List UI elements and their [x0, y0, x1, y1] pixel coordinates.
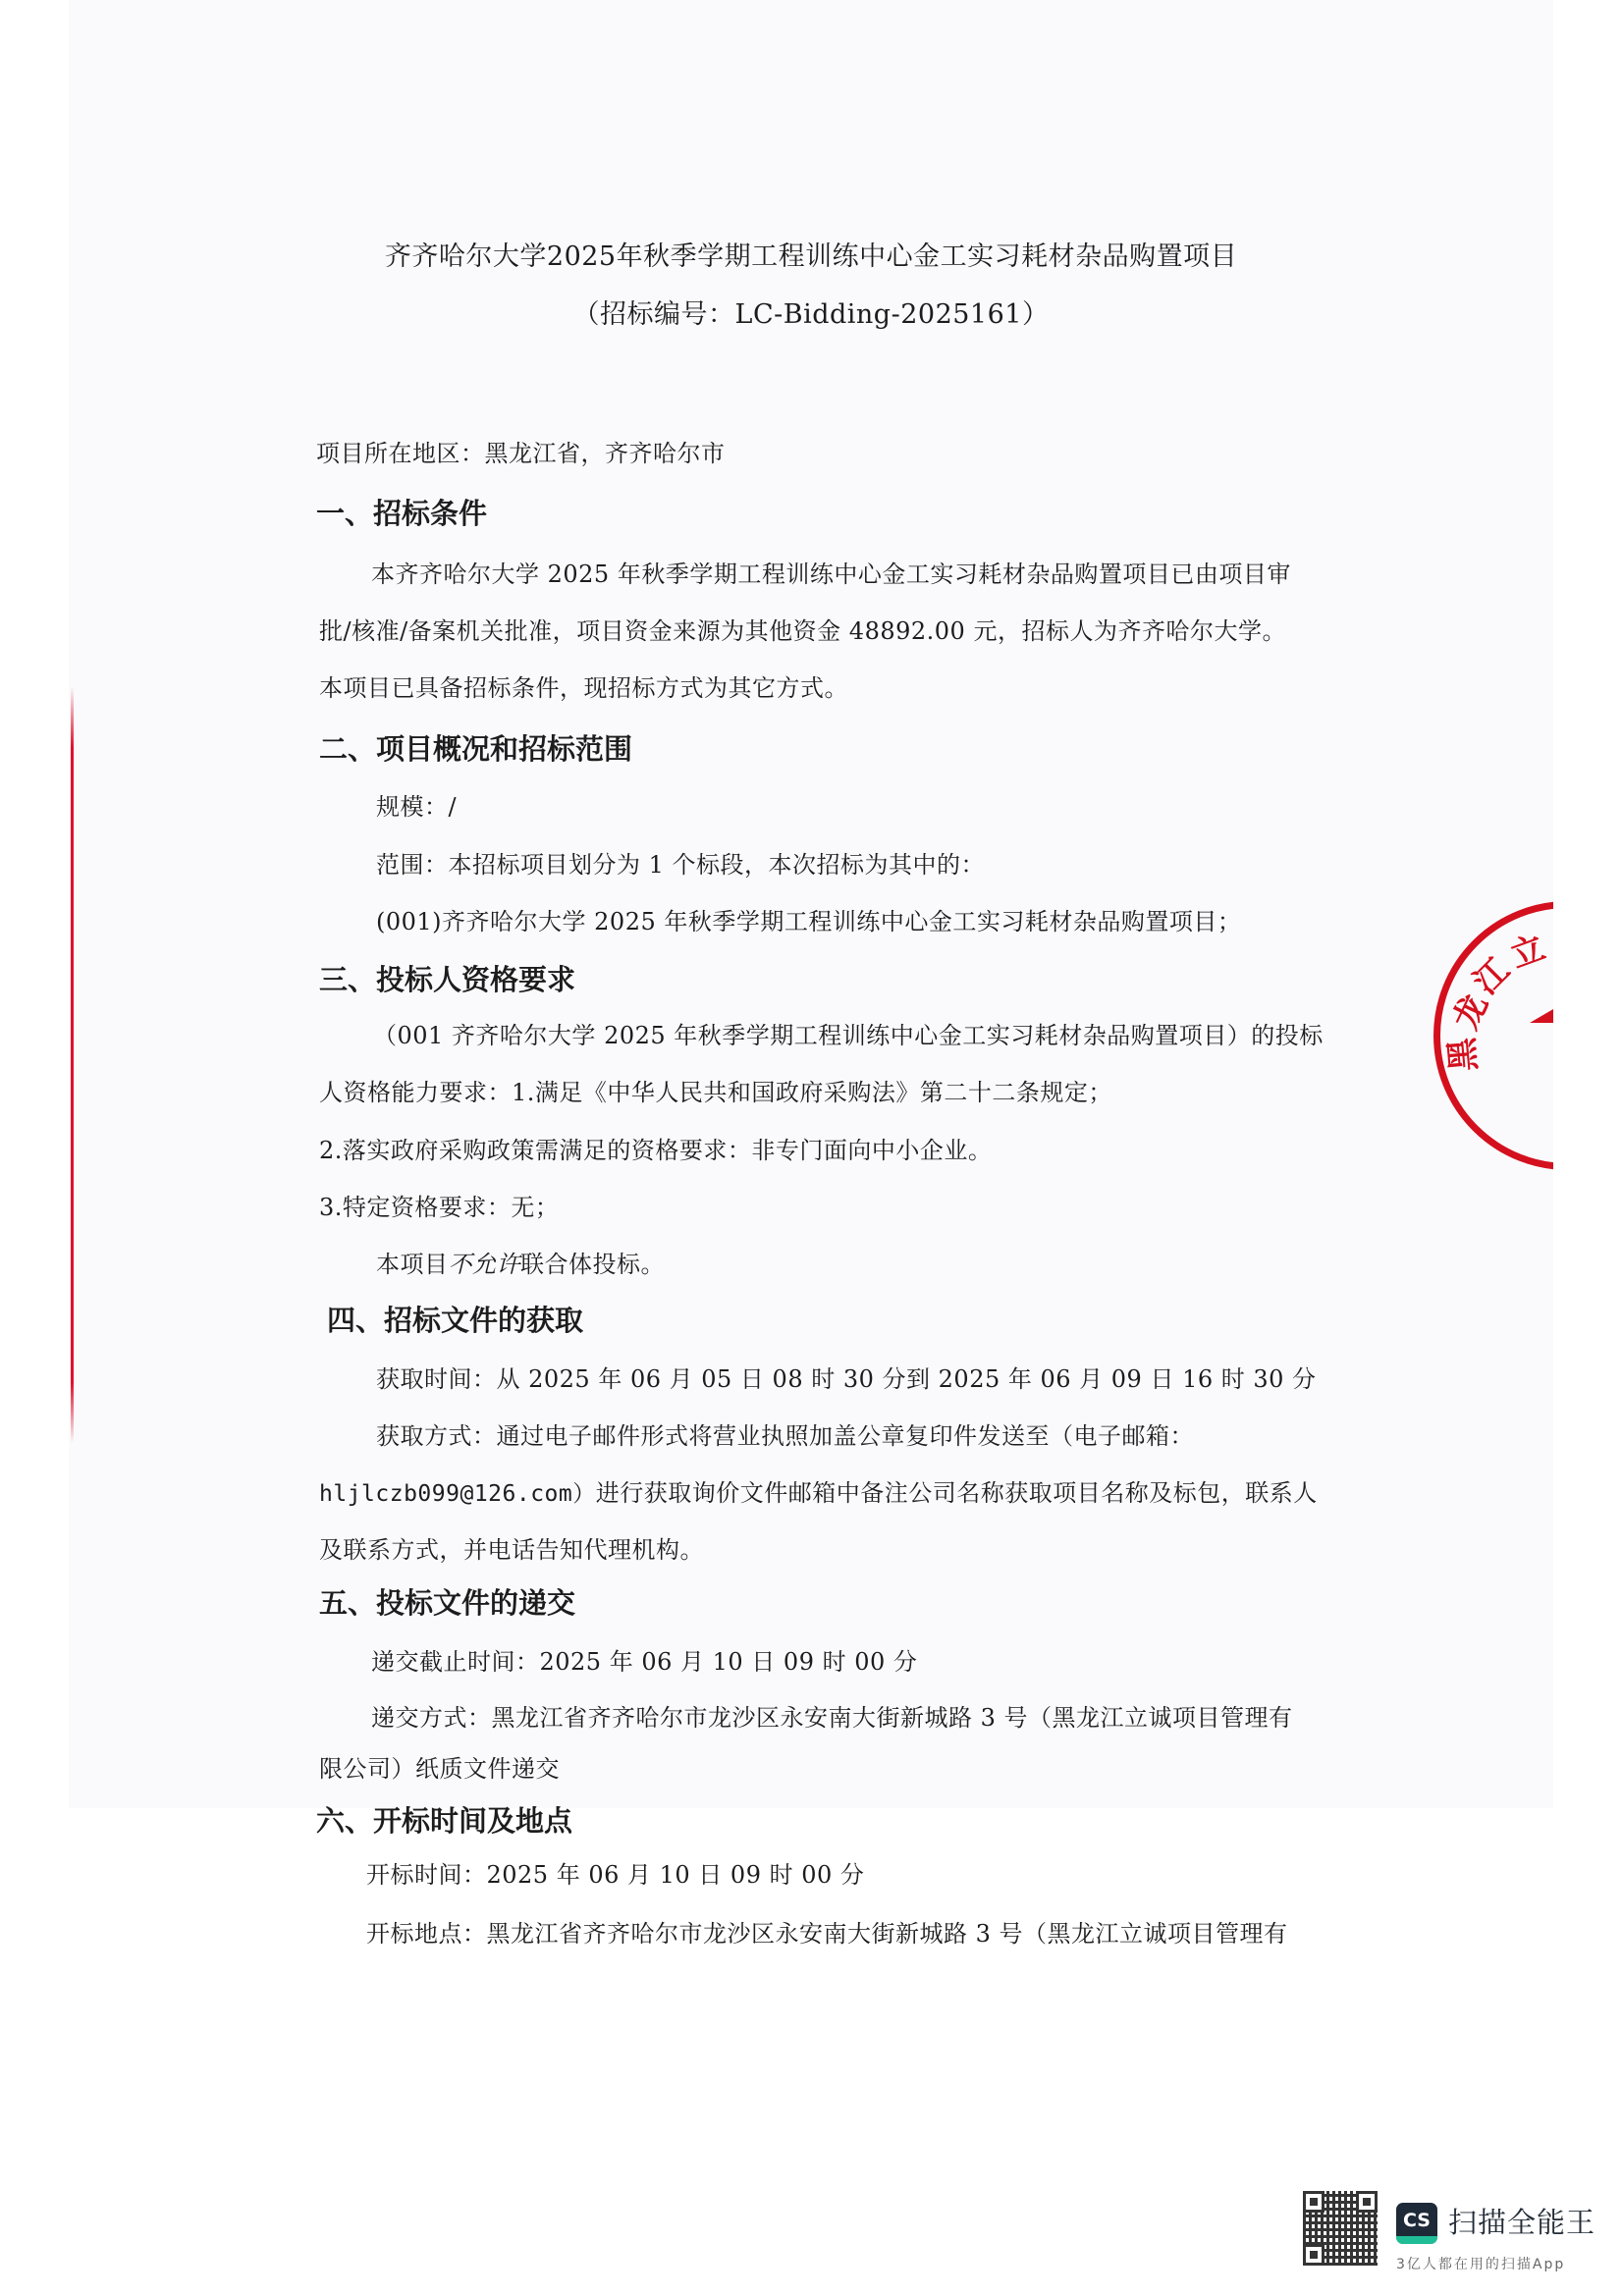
section-1-line-3: 本项目已具备招标条件，现招标方式为其它方式。 — [319, 673, 848, 703]
logo-text: CS — [1403, 2210, 1431, 2231]
consortium-prefix: 本项目 — [376, 1251, 449, 1278]
section-3-line-2: 人资格能力要求：1.满足《中华人民共和国政府采购法》第二十二条规定； — [319, 1078, 1112, 1107]
section-3-consortium: 本项目不允许联合体投标。 — [376, 1250, 665, 1279]
section-2-heading: 二、项目概况和招标范围 — [319, 731, 632, 767]
seal-char-1: 黑 — [1434, 1036, 1486, 1073]
section-2-scope: 范围：本招标项目划分为 1 个标段，本次招标为其中的： — [376, 850, 985, 880]
logo-band — [1396, 2236, 1437, 2244]
section-4-method-end: 及联系方式，并电话告知代理机构。 — [319, 1535, 704, 1565]
section-5-method-cont: 限公司）纸质文件递交 — [319, 1754, 560, 1784]
camscanner-watermark: CS 扫描全能王 3亿人都在用的扫描App — [1303, 2191, 1617, 2279]
section-4-time: 获取时间：从 2025 年 06 月 05 日 08 时 30 分到 2025 … — [376, 1364, 1317, 1394]
qr-code-icon — [1303, 2191, 1378, 2266]
section-3-line-1: （001 齐齐哈尔大学 2025 年秋季学期工程训练中心金工实习耗材杂品购置项目… — [373, 1021, 1324, 1050]
red-binding-edge — [71, 687, 74, 1443]
email-address: hljlczb099@126.com） — [319, 1481, 596, 1507]
section-6-place: 开标地点：黑龙江省齐齐哈尔市龙沙区永安南大街新城路 3 号（黑龙江立诚项目管理有 — [366, 1919, 1288, 1949]
section-4-method-cont-text: 进行获取询价文件邮箱中备注公司名称获取项目名称及标包，联系人 — [596, 1479, 1318, 1507]
section-2-scale: 规模：/ — [376, 792, 457, 822]
seal-star-icon — [1530, 1009, 1553, 1023]
section-1-line-1: 本齐齐哈尔大学 2025 年秋季学期工程训练中心金工实习耗材杂品购置项目已由项目… — [371, 560, 1291, 589]
project-location: 项目所在地区：黑龙江省，齐齐哈尔市 — [316, 439, 726, 468]
section-1-heading: 一、招标条件 — [316, 496, 487, 531]
section-5-heading: 五、投标文件的递交 — [319, 1585, 575, 1621]
official-seal: 黑 龙 江 立 — [1414, 883, 1553, 1198]
camscanner-logo-icon: CS — [1396, 2203, 1437, 2244]
qr-finder-icon — [1356, 2191, 1378, 2213]
section-4-heading: 四、招标文件的获取 — [327, 1303, 583, 1338]
section-4-method-cont: hljlczb099@126.com）进行获取询价文件邮箱中备注公司名称获取项目… — [319, 1478, 1318, 1509]
qr-finder-icon — [1303, 2244, 1325, 2266]
section-3-line-3: 2.落实政府采购政策需满足的资格要求：非专门面向中小企业。 — [319, 1136, 992, 1165]
section-6-time: 开标时间：2025 年 06 月 10 日 09 时 00 分 — [366, 1860, 864, 1890]
brand-name: 扫描全能王 — [1448, 2205, 1595, 2240]
consortium-emphasis: 不允许 — [449, 1251, 521, 1278]
bid-number: （招标编号：LC-Bidding-2025161） — [0, 298, 1622, 332]
section-3-line-4: 3.特定资格要求：无； — [319, 1193, 559, 1222]
section-5-method: 递交方式：黑龙江省齐齐哈尔市龙沙区永安南大街新城路 3 号（黑龙江立诚项目管理有 — [371, 1703, 1293, 1733]
qr-finder-icon — [1303, 2191, 1325, 2213]
section-6-heading: 六、开标时间及地点 — [316, 1803, 572, 1839]
brand-tagline: 3亿人都在用的扫描App — [1396, 2254, 1565, 2273]
consortium-suffix: 联合体投标。 — [520, 1251, 665, 1278]
section-1-line-2: 批/核准/备案机关批准，项目资金来源为其他资金 48892.00 元，招标人为齐… — [319, 616, 1286, 646]
section-3-heading: 三、投标人资格要求 — [319, 962, 575, 997]
section-2-lot: (001)齐齐哈尔大学 2025 年秋季学期工程训练中心金工实习耗材杂品购置项目… — [376, 907, 1241, 936]
section-4-method: 获取方式：通过电子邮件形式将营业执照加盖公章复印件发送至（电子邮箱： — [376, 1421, 1194, 1451]
section-5-deadline: 递交截止时间：2025 年 06 月 10 日 09 时 00 分 — [371, 1647, 917, 1677]
document-title: 齐齐哈尔大学2025年秋季学期工程训练中心金工实习耗材杂品购置项目 — [0, 240, 1622, 274]
